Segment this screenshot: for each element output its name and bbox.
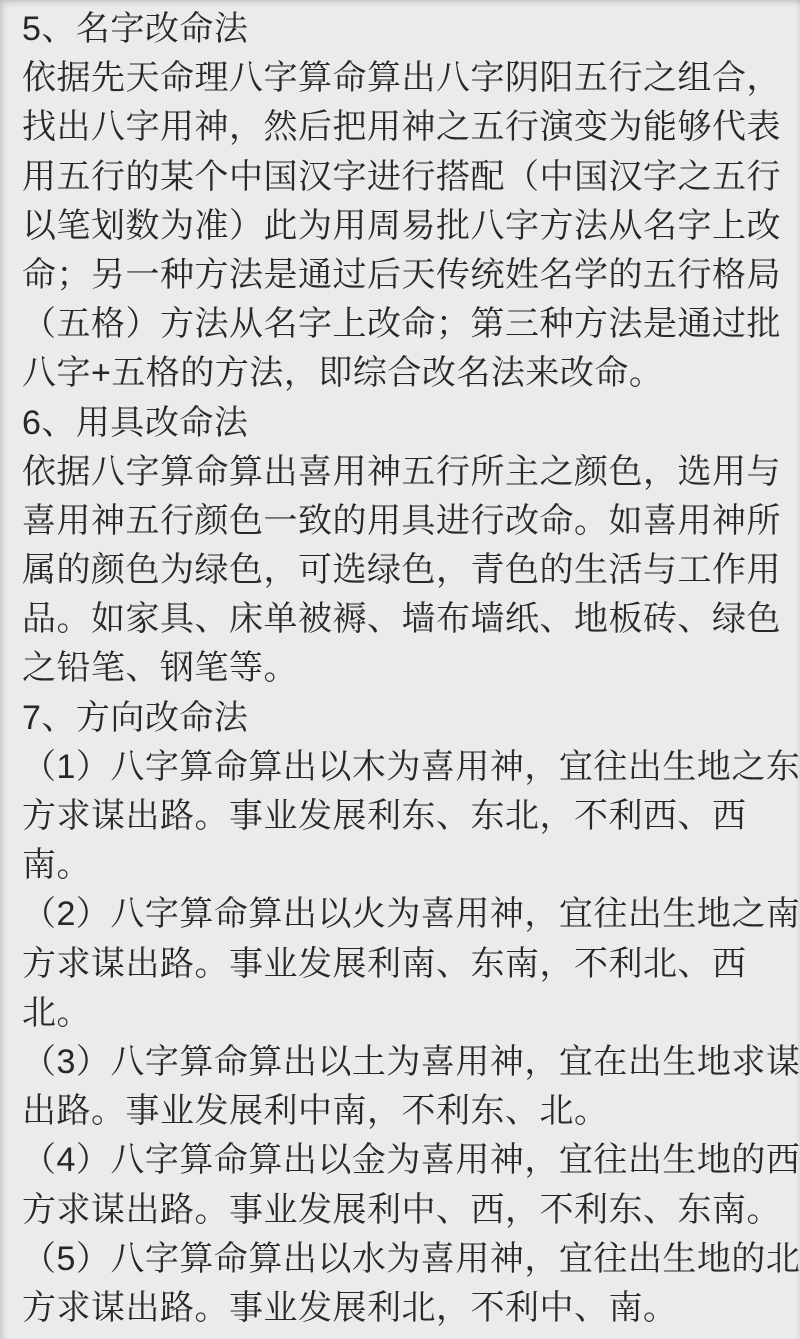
text-line: （1）八字算命算出以木为喜用神，宜往出生地之东 bbox=[22, 743, 794, 792]
text-line: 之铅笔、钢笔等。 bbox=[22, 644, 794, 693]
text-line: 依据八字算命算出喜用神五行所主之颜色，选用与 bbox=[22, 448, 794, 497]
text-line: 方求谋出路。事业发展利东、东北，不利西、西 bbox=[22, 792, 794, 841]
text-line: 用五行的某个中国汉字进行搭配（中国汉字之五行 bbox=[22, 153, 794, 202]
text-line: （5）八字算命算出以水为喜用神，宜往出生地的北 bbox=[22, 1235, 794, 1284]
text-line: 南。 bbox=[22, 841, 794, 890]
document-body: 5、名字改命法依据先天命理八字算命算出八字阴阳五行之组合，找出八字用神，然后把用… bbox=[0, 0, 800, 1339]
text-line: 品。如家具、床单被褥、墙布墙纸、地板砖、绿色 bbox=[22, 595, 794, 644]
text-line: 以笔划数为准）此为用周易批八字方法从名字上改 bbox=[22, 202, 794, 251]
text-line: 方求谋出路。事业发展利中、西，不利东、东南。 bbox=[22, 1186, 794, 1235]
section-heading: 7、方向改命法 bbox=[22, 694, 794, 743]
text-line: 北。 bbox=[22, 989, 794, 1038]
text-line: 方求谋出路。事业发展利北，不利中、南。 bbox=[22, 1284, 794, 1333]
text-line: （2）八字算命算出以火为喜用神，宜往出生地之南 bbox=[22, 890, 794, 939]
section-heading: 6、用具改命法 bbox=[22, 399, 794, 448]
text-line: 找出八字用神，然后把用神之五行演变为能够代表 bbox=[22, 103, 794, 152]
text-line: 出路。事业发展利中南，不利东、北。 bbox=[22, 1087, 794, 1136]
text-line: （3）八字算命算出以土为喜用神，宜在出生地求谋 bbox=[22, 1038, 794, 1087]
text-line: （4）八字算命算出以金为喜用神，宜往出生地的西 bbox=[22, 1136, 794, 1185]
text-line: 属的颜色为绿色，可选绿色，青色的生活与工作用 bbox=[22, 546, 794, 595]
text-line: 命；另一种方法是通过后天传统姓名学的五行格局 bbox=[22, 251, 794, 300]
text-line: （五格）方法从名字上改命；第三种方法是通过批 bbox=[22, 300, 794, 349]
section-heading: 5、名字改命法 bbox=[22, 5, 794, 54]
text-line: 依据先天命理八字算命算出八字阴阳五行之组合， bbox=[22, 54, 794, 103]
text-line: 方求谋出路。事业发展利南、东南，不利北、西 bbox=[22, 940, 794, 989]
text-line: 八字+五格的方法，即综合改名法来改命。 bbox=[22, 349, 794, 398]
text-line: 喜用神五行颜色一致的用具进行改命。如喜用神所 bbox=[22, 497, 794, 546]
